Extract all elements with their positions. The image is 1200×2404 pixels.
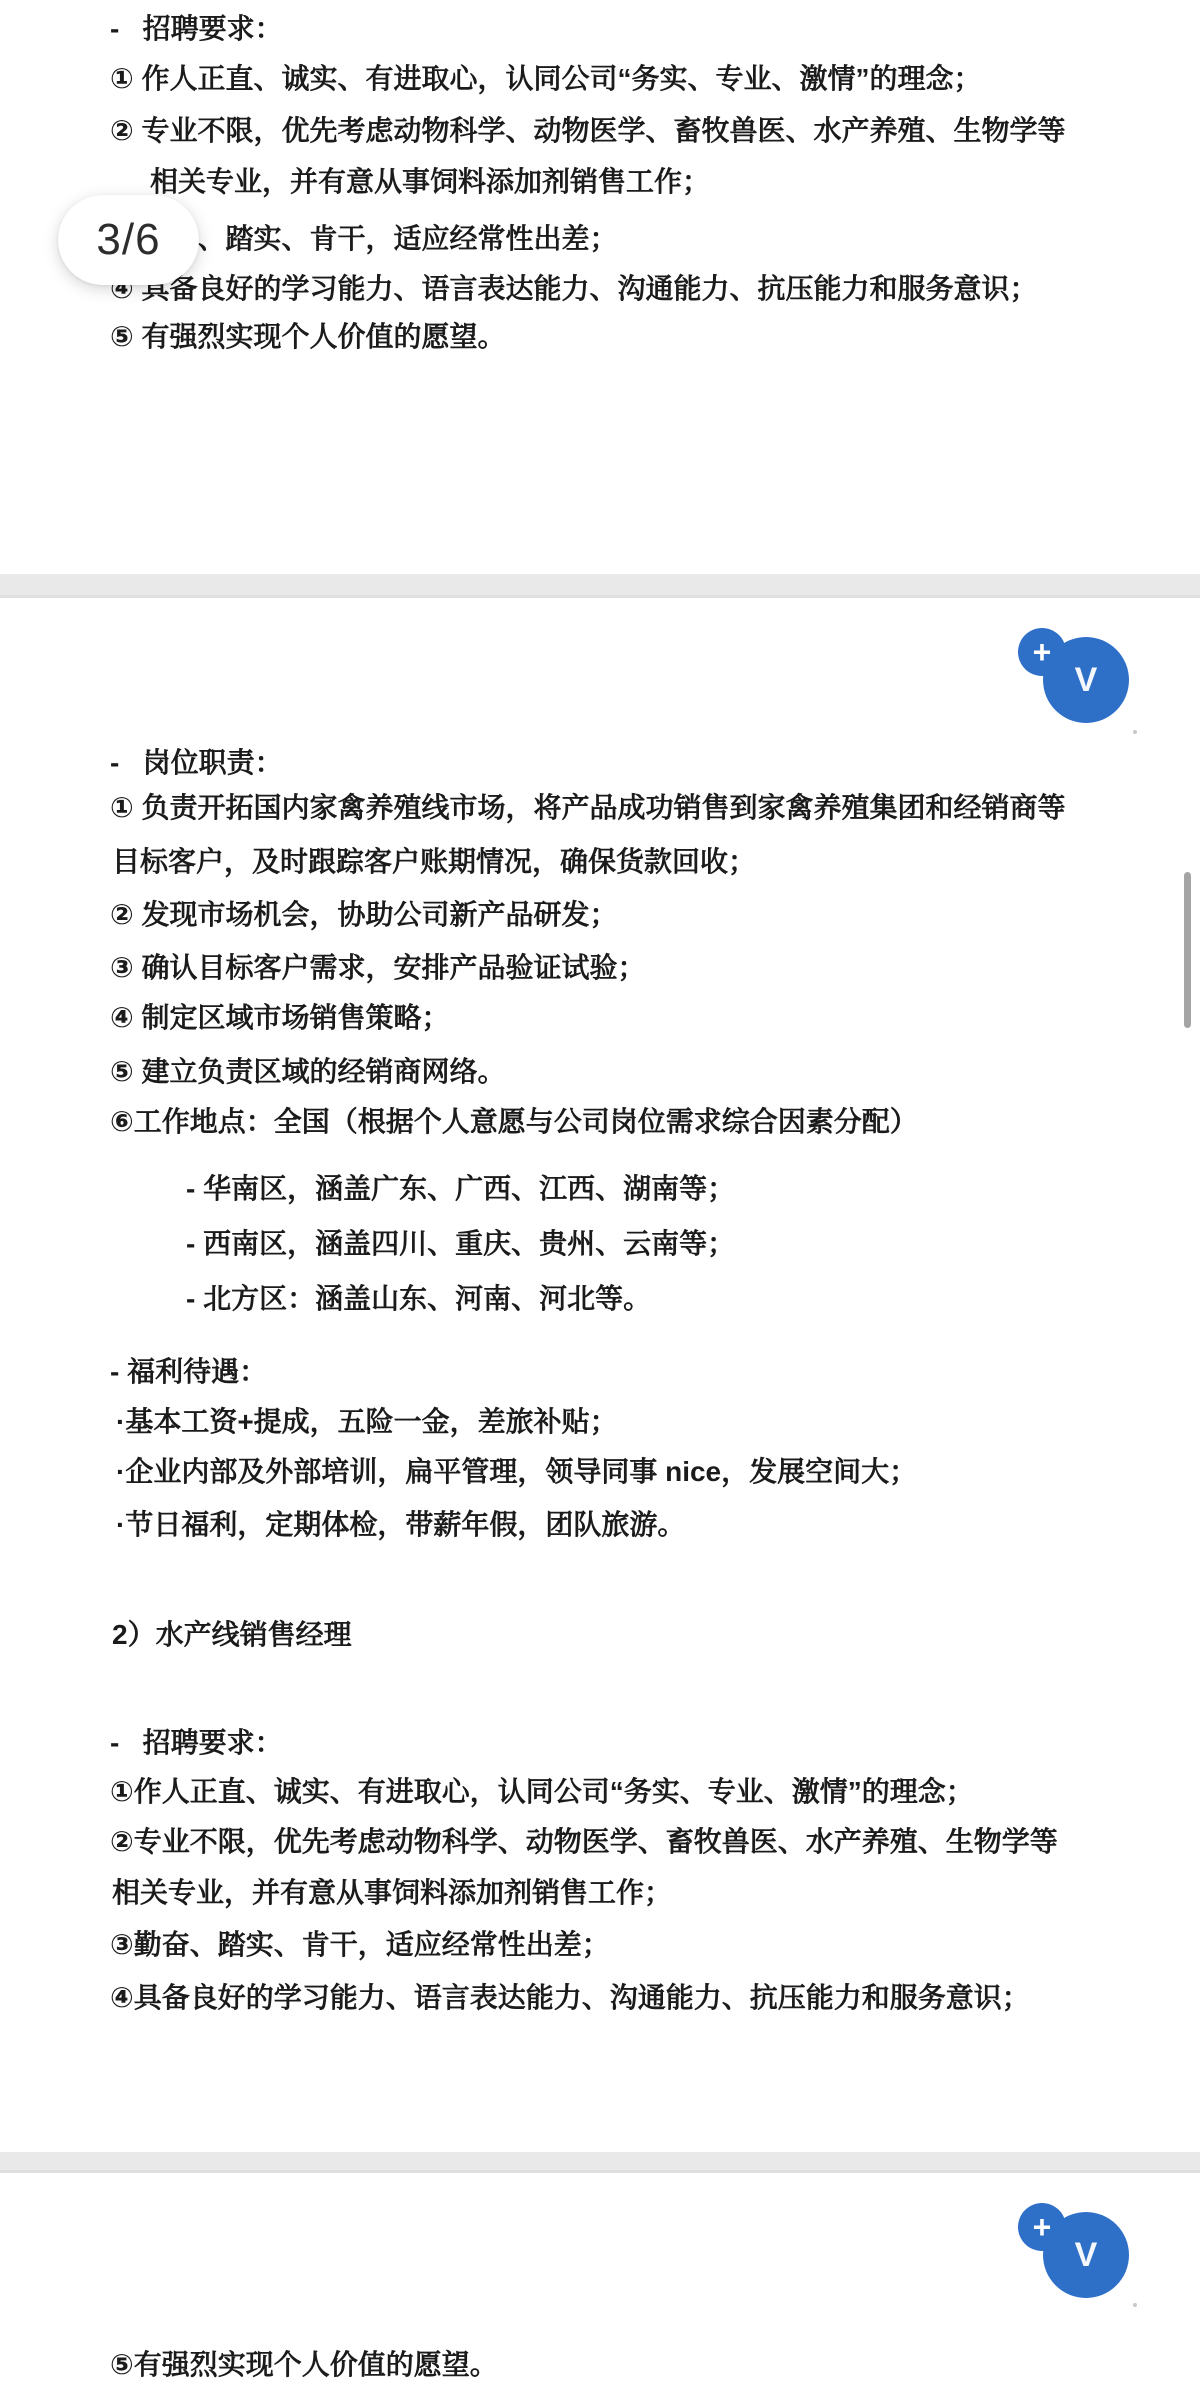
- text-line: 相关专业，并有意从事饲料添加剂销售工作；: [112, 1876, 672, 1910]
- text-line: ② 发现市场机会，协助公司新产品研发；: [110, 898, 618, 932]
- text-line: - 华南区，涵盖广东、广西、江西、湖南等；: [186, 1172, 735, 1206]
- text-line: 目标客户，及时跟踪客户账期情况，确保货款回收；: [112, 845, 756, 879]
- text-line: ① 负责开拓国内家禽养殖线市场，将产品成功销售到家禽养殖集团和经销商等: [110, 791, 1066, 825]
- text-line: ·基本工资+提成，五险一金，差旅补贴；: [116, 1405, 618, 1439]
- text-line: ·节日福利，定期体检，带薪年假，团队旅游。: [116, 1508, 685, 1542]
- page-indicator-label: 3/6: [96, 215, 160, 265]
- text-line: ⑤ 建立负责区域的经销商网络。: [110, 1055, 506, 1089]
- text-line: ③勤奋、踏实、肯干，适应经常性出差；: [110, 1928, 610, 1962]
- text-line: ⑥工作地点：全国（根据个人意愿与公司岗位需求综合因素分配）: [110, 1105, 918, 1139]
- page-indicator-badge: 3/6: [58, 195, 199, 285]
- text-line: ① 作人正直、诚实、有进取心，认同公司“务实、专业、激情”的理念；: [110, 62, 982, 96]
- text-line: - 招聘要求：: [110, 12, 283, 46]
- text-line: ④ 制定区域市场销售策略；: [110, 1001, 450, 1035]
- page-break-1: [0, 574, 1200, 598]
- assistant-fab[interactable]: + V: [1018, 2203, 1130, 2298]
- text-line: - 岗位职责：: [110, 746, 283, 780]
- document-page-1: - 招聘要求：① 作人正直、诚实、有进取心，认同公司“务实、专业、激情”的理念；…: [0, 0, 1200, 574]
- document-page-2: - 岗位职责：① 负责开拓国内家禽养殖线市场，将产品成功销售到家禽养殖集团和经销…: [0, 598, 1200, 2152]
- drag-dot: [1133, 730, 1137, 734]
- document-viewer: - 招聘要求：① 作人正直、诚实、有进取心，认同公司“务实、专业、激情”的理念；…: [0, 0, 1200, 2404]
- text-line: ①作人正直、诚实、有进取心，认同公司“务实、专业、激情”的理念；: [110, 1775, 974, 1809]
- v-assistant-button[interactable]: V: [1043, 2212, 1129, 2298]
- text-line: ② 专业不限，优先考虑动物科学、动物医学、畜牧兽医、水产养殖、生物学等: [110, 114, 1066, 148]
- text-line: - 西南区，涵盖四川、重庆、贵州、云南等；: [186, 1227, 735, 1261]
- scrollbar-thumb[interactable]: [1184, 872, 1191, 1028]
- page-break-2: [0, 2152, 1200, 2173]
- text-line: 相关专业，并有意从事饲料添加剂销售工作；: [150, 165, 710, 199]
- text-line: - 福利待遇：: [110, 1355, 267, 1389]
- v-assistant-label: V: [1075, 2236, 1098, 2275]
- text-line: ⑤ 有强烈实现个人价值的愿望。: [110, 320, 506, 354]
- text-line: - 招聘要求：: [110, 1726, 283, 1760]
- v-assistant-button[interactable]: V: [1043, 637, 1129, 723]
- text-line: ·企业内部及外部培训，扁平管理，领导同事 nice，发展空间大；: [116, 1455, 917, 1489]
- text-line: - 北方区：涵盖山东、河南、河北等。: [186, 1282, 651, 1316]
- text-line: ⑤有强烈实现个人价值的愿望。: [110, 2348, 498, 2382]
- text-line: ④具备良好的学习能力、语言表达能力、沟通能力、抗压能力和服务意识；: [110, 1981, 1030, 2015]
- text-line: ④ 具备良好的学习能力、语言表达能力、沟通能力、抗压能力和服务意识；: [110, 272, 1038, 306]
- text-line: 2）水产线销售经理: [112, 1618, 352, 1652]
- assistant-fab[interactable]: + V: [1018, 628, 1130, 723]
- text-line: ③ 确认目标客户需求，安排产品验证试验；: [110, 951, 646, 985]
- drag-dot: [1133, 2303, 1137, 2307]
- text-line: ②专业不限，优先考虑动物科学、动物医学、畜牧兽医、水产养殖、生物学等: [110, 1825, 1058, 1859]
- v-assistant-label: V: [1075, 661, 1098, 700]
